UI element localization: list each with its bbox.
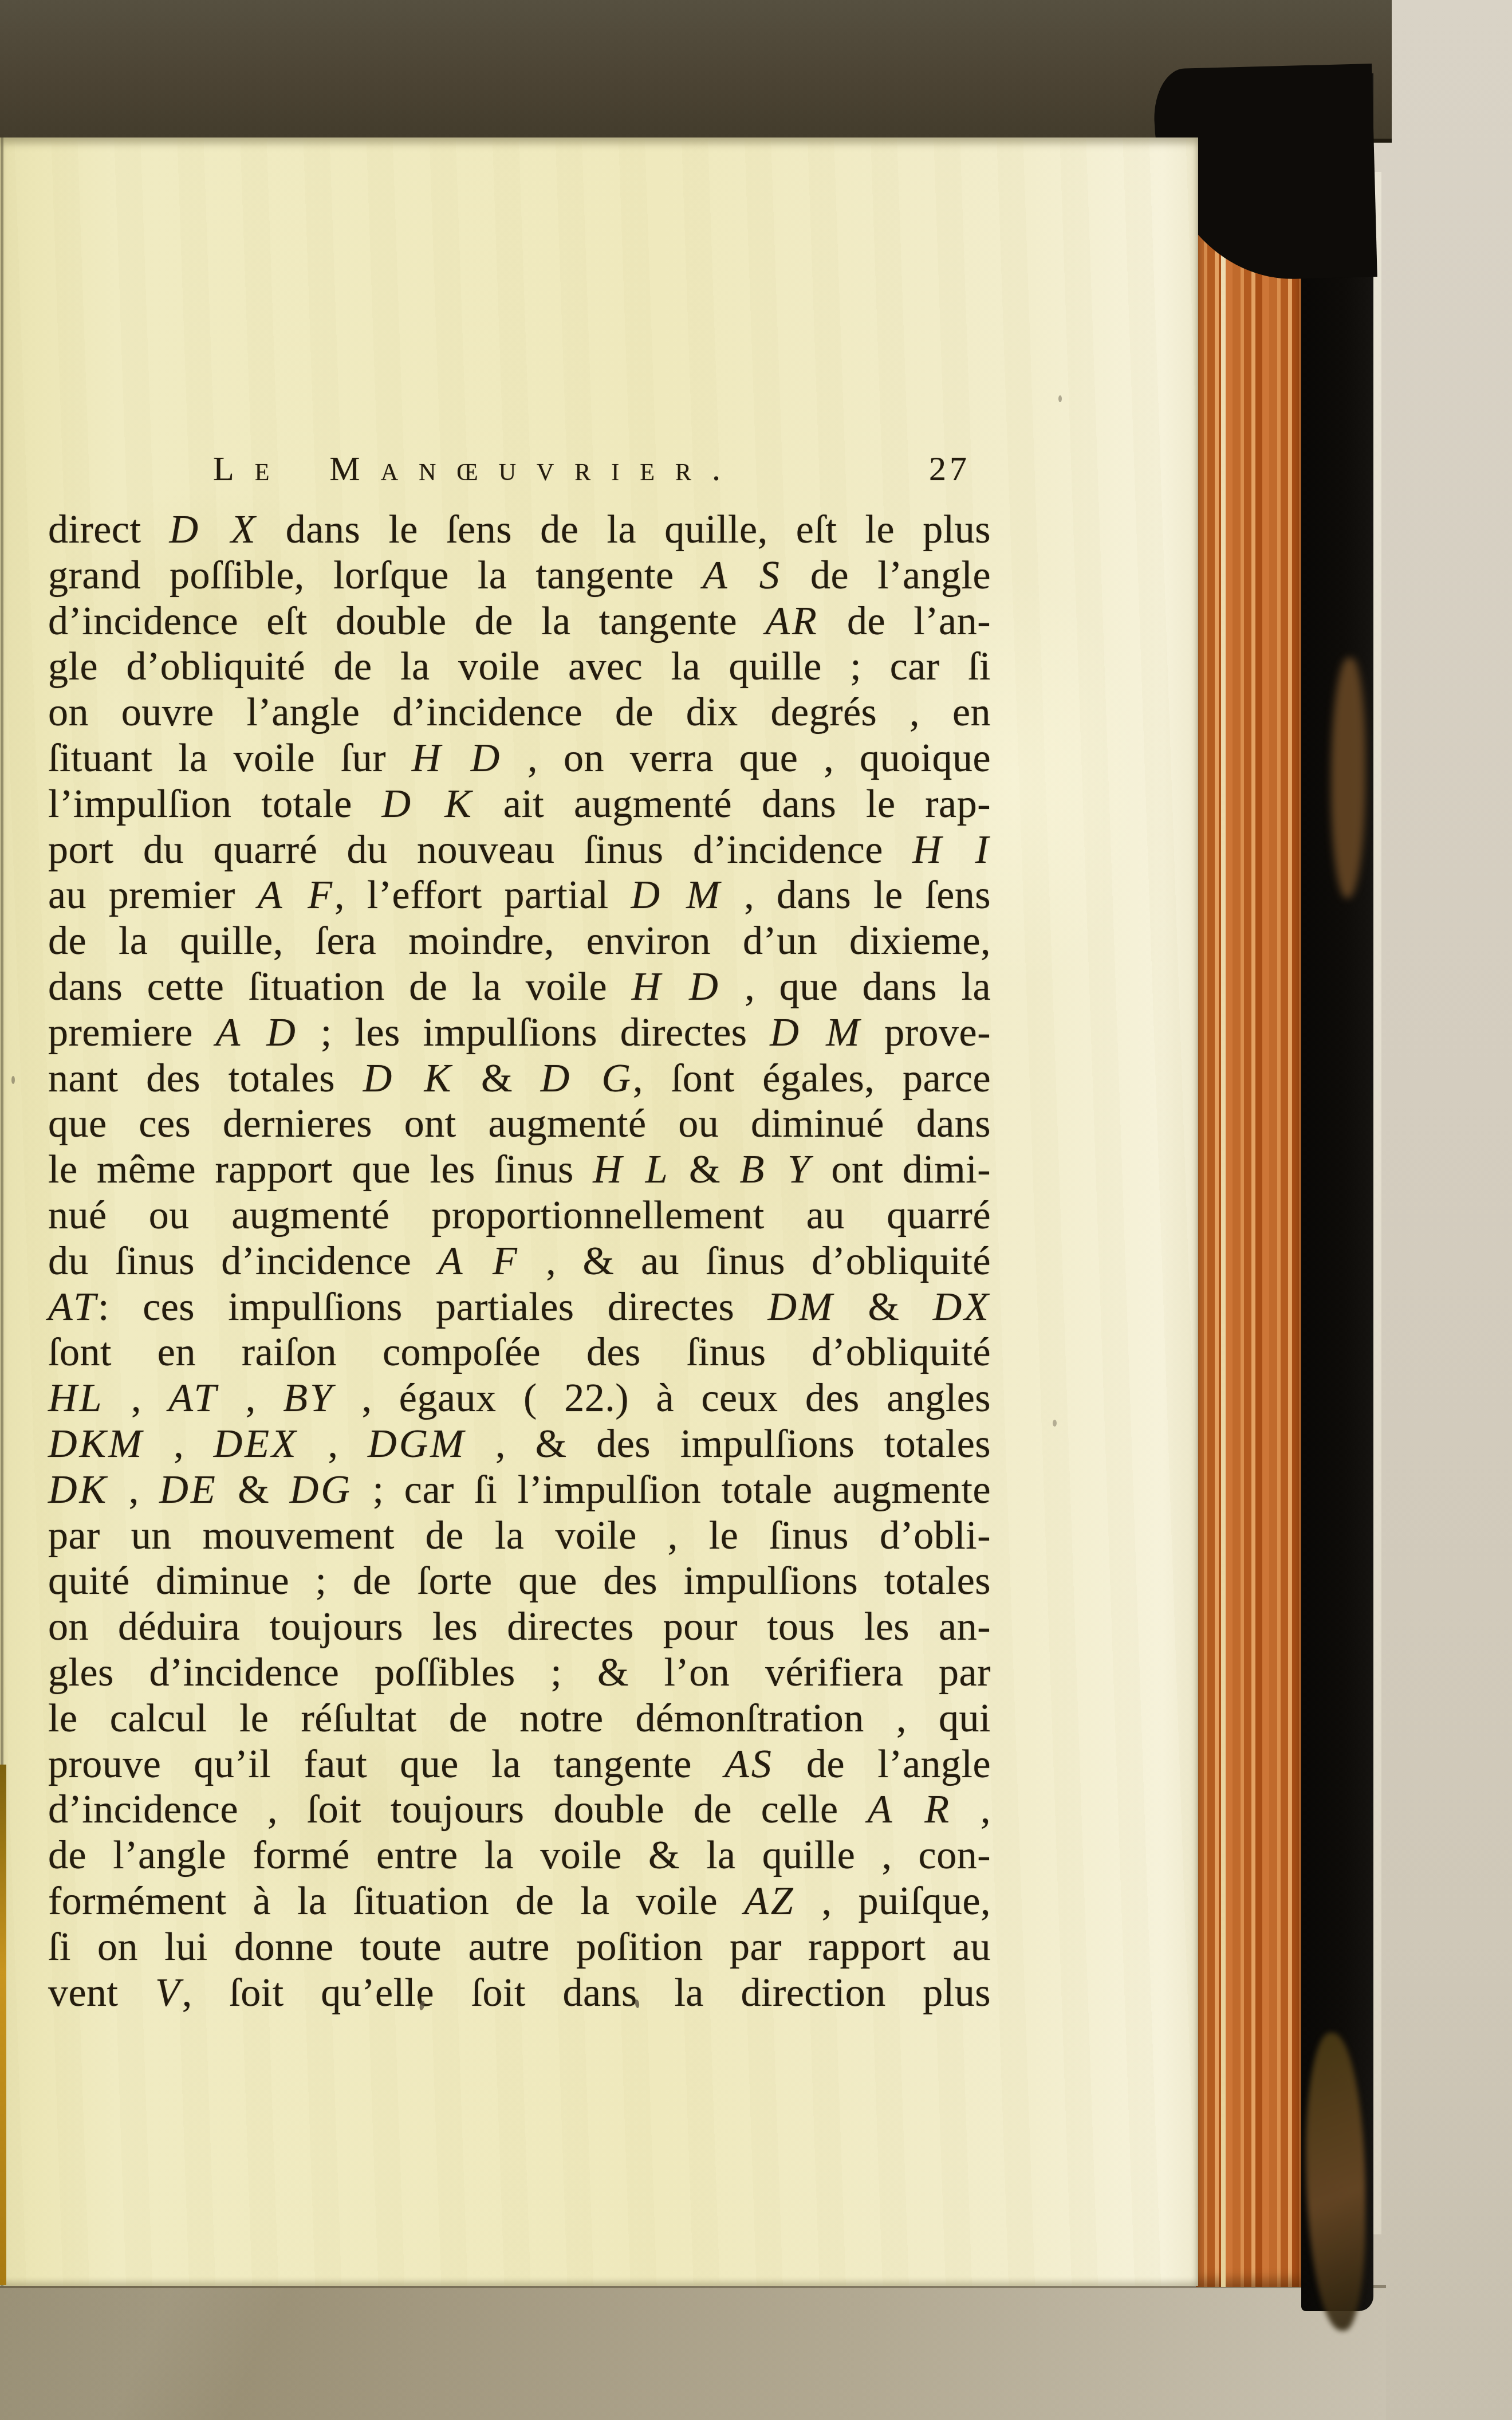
text-segment: dans cette ſituation de la voile	[48, 965, 632, 1009]
text-line: de la quille, ſera moindre, environ d’un…	[48, 918, 991, 964]
text-line: que ces dernieres ont augmenté ou diminu…	[48, 1101, 991, 1147]
text-segment: ait augmenté dans le rap-	[474, 782, 991, 826]
text-line: l’impulſion totale D K ait augmenté dans…	[48, 781, 991, 827]
text-segment: ſi on lui donne toute autre poſition par…	[48, 1925, 991, 1969]
geometry-reference: DX	[933, 1285, 991, 1329]
text-segment: grand poſſible, lorſque la tangente	[48, 553, 703, 598]
text-line: le calcul le réſultat de notre démonſtra…	[48, 1696, 991, 1742]
geometry-reference: D G	[541, 1056, 633, 1101]
geometry-reference: DG	[290, 1468, 352, 1512]
text-segment: ont dimi-	[812, 1148, 991, 1192]
text-line: du ſinus d’incidence A F , & au ſinus d’…	[48, 1239, 991, 1284]
text-line: nant des totales D K & D G, ſont égales,…	[48, 1056, 991, 1102]
text-segment: , que dans la	[720, 965, 991, 1009]
text-segment: , puiſque,	[796, 1879, 991, 1923]
geometry-reference: AT	[168, 1376, 218, 1420]
geometry-reference: HL	[48, 1376, 104, 1420]
text-segment: , ſont égales, parce	[633, 1056, 991, 1101]
page-number: 27	[929, 445, 970, 493]
text-segment: au premier	[48, 873, 258, 917]
text-line: premiere A D ; les impulſions directes D…	[48, 1010, 991, 1056]
text-segment: ; les impulſions directes	[298, 1011, 770, 1055]
geometry-reference: D K	[382, 782, 474, 826]
text-segment: ,	[298, 1422, 368, 1466]
leather-wear-patch	[1331, 658, 1365, 898]
text-line: ſituant la voile ſur H D , on verra que …	[48, 736, 991, 781]
text-segment: &	[834, 1285, 932, 1329]
text-line: on ouvre l’angle d’incidence de dix degr…	[48, 690, 991, 736]
text-segment: ,	[108, 1468, 159, 1512]
text-segment: &	[670, 1148, 740, 1192]
text-line: grand poſſible, lorſque la tangente A S …	[48, 553, 991, 599]
text-line: port du quarré du nouveau ſinus d’incide…	[48, 827, 991, 873]
text-segment: le même rapport que les ſinus	[48, 1148, 593, 1192]
geometry-reference: DKM	[48, 1422, 144, 1466]
text-segment: prove-	[861, 1011, 991, 1055]
text-segment: dans le ſens de la quille, eſt le plus	[258, 508, 991, 552]
text-line: vent V, ſoit qu’elle ſoit dans la direct…	[48, 1970, 991, 2016]
text-segment: ,	[951, 1787, 991, 1832]
text-segment: &	[453, 1056, 540, 1101]
text-segment: , l’effort partial	[334, 873, 631, 917]
text-segment: : ces impulſions partiales directes	[98, 1285, 767, 1329]
text-line: ſi on lui donne toute autre poſition par…	[48, 1924, 991, 1970]
text-segment: , ſoit qu’elle ſoit dans la direction pl…	[182, 1971, 991, 2015]
geometry-reference: A S	[703, 553, 782, 598]
text-line: prouve qu’il faut que la tangente AS de …	[48, 1742, 991, 1787]
text-segment: ,	[218, 1376, 283, 1420]
text-segment: de la quille, ſera moindre, environ d’un…	[48, 919, 991, 963]
leather-wear-patch	[1306, 2033, 1365, 2331]
text-segment: de l’angle formé entre la voile & la qui…	[48, 1833, 991, 1877]
text-segment: quité diminue ; de ſorte que des impulſi…	[48, 1559, 991, 1603]
geometry-reference: D M	[631, 873, 722, 917]
gilt-edge	[0, 1765, 6, 2285]
text-segment: gle d’obliquité de la voile avec la quil…	[48, 645, 991, 689]
text-segment: , dans le ſens	[722, 873, 991, 917]
running-header-title: Le Manœuvrier.	[213, 445, 741, 493]
geometry-reference: H D	[412, 736, 502, 780]
fore-edge-highlight	[1221, 140, 1226, 2287]
text-line: gle d’obliquité de la voile avec la quil…	[48, 644, 991, 690]
text-segment: que ces dernieres ont augmenté ou diminu…	[48, 1102, 991, 1146]
text-segment: , égaux ( 22.) à ceux des angles	[334, 1376, 991, 1420]
text-segment: d’incidence eſt double de la tangente	[48, 599, 765, 643]
geometry-reference: V	[155, 1971, 182, 2015]
text-line: DKM , DEX , DGM , & des impulſions total…	[48, 1421, 991, 1467]
text-line: nué ou augmenté proportionnellement au q…	[48, 1193, 991, 1239]
geometry-reference: A R	[867, 1787, 951, 1832]
text-segment: ; car ſi l’impulſion totale augmente	[352, 1468, 991, 1512]
text-line: ſont en raiſon compoſée des ſinus d’obli…	[48, 1330, 991, 1376]
geometry-reference: A D	[216, 1011, 298, 1055]
text-segment: l’impulſion totale	[48, 782, 382, 826]
geometry-reference: DE	[159, 1468, 217, 1512]
geometry-reference: AS	[724, 1742, 774, 1786]
text-line: HL , AT , BY , égaux ( 22.) à ceux des a…	[48, 1376, 991, 1421]
text-segment: , on verra que , quoique	[502, 736, 991, 780]
geometry-reference: H D	[632, 965, 720, 1009]
text-segment: vent	[48, 1971, 155, 2015]
text-line: DK , DE & DG ; car ſi l’impulſion totale…	[48, 1467, 991, 1513]
text-line: par un mouvement de la voile , le ſinus …	[48, 1513, 991, 1559]
text-segment: ,	[104, 1376, 168, 1420]
ink-speck	[11, 1076, 15, 1084]
text-segment: d’incidence , ſoit toujours double de ce…	[48, 1787, 867, 1832]
geometry-reference: A F	[438, 1239, 519, 1283]
text-segment: prouve qu’il faut que la tangente	[48, 1742, 724, 1786]
text-line: le même rapport que les ſinus H L & B Y …	[48, 1147, 991, 1193]
text-segment: de l’angle	[782, 553, 991, 598]
text-segment: , & au ſinus d’obliquité	[519, 1239, 991, 1283]
geometry-reference: DGM	[368, 1422, 466, 1466]
text-segment: &	[218, 1468, 290, 1512]
geometry-reference: AR	[765, 599, 819, 643]
text-line: dans cette ſituation de la voile H D , q…	[48, 964, 991, 1010]
text-line: gles d’incidence poſſibles ; & l’on véri…	[48, 1650, 991, 1696]
ink-speck	[1058, 395, 1062, 402]
geometry-reference: D M	[770, 1011, 861, 1055]
text-segment: on ouvre l’angle d’incidence de dix degr…	[48, 690, 991, 734]
ink-speck	[1053, 1420, 1057, 1427]
geometry-reference: H I	[912, 828, 991, 872]
text-segment: ſont en raiſon compoſée des ſinus d’obli…	[48, 1330, 991, 1374]
text-line: d’incidence eſt double de la tangente AR…	[48, 599, 991, 645]
text-segment: direct	[48, 508, 170, 552]
body-text: direct D X dans le ſens de la quille, eſ…	[48, 507, 991, 2016]
book-cover-edge	[1301, 73, 1373, 2311]
text-segment: le calcul le réſultat de notre démonſtra…	[48, 1696, 991, 1741]
book-page: Le Manœuvrier. 27 direct D X dans le ſen…	[0, 137, 1198, 2286]
text-line: au premier A F, l’effort partial D M , d…	[48, 873, 991, 918]
geometry-reference: H L	[593, 1148, 670, 1192]
text-segment: par un mouvement de la voile , le ſinus …	[48, 1514, 991, 1558]
background-bottom	[0, 2285, 1386, 2420]
text-segment: de l’an-	[819, 599, 991, 643]
text-line: quité diminue ; de ſorte que des impulſi…	[48, 1558, 991, 1604]
geometry-reference: B Y	[739, 1148, 812, 1192]
text-line: AT: ces impulſions partiales directes DM…	[48, 1284, 991, 1330]
geometry-reference: DEX	[214, 1422, 298, 1466]
text-segment: du ſinus d’incidence	[48, 1239, 438, 1283]
text-segment: port du quarré du nouveau ſinus d’incide…	[48, 828, 912, 872]
text-segment: on déduira toujours les directes pour to…	[48, 1605, 991, 1649]
geometry-reference: AZ	[744, 1879, 796, 1923]
running-header: Le Manœuvrier. 27	[48, 445, 991, 500]
text-segment: nué ou augmenté proportionnellement au q…	[48, 1193, 991, 1237]
geometry-reference: D X	[170, 508, 258, 552]
text-segment: ,	[144, 1422, 214, 1466]
text-line: d’incidence , ſoit toujours double de ce…	[48, 1787, 991, 1833]
geometry-reference: DM	[768, 1285, 835, 1329]
text-segment: , & des impulſions totales	[466, 1422, 991, 1466]
geometry-reference: A F	[258, 873, 334, 917]
geometry-reference: DK	[48, 1468, 108, 1512]
text-segment: ſituant la voile ſur	[48, 736, 412, 780]
text-segment: gles d’incidence poſſibles ; & l’on véri…	[48, 1651, 991, 1695]
text-segment: nant des totales	[48, 1056, 363, 1101]
text-line: formément à la ſituation de la voile AZ …	[48, 1879, 991, 1924]
text-segment: formément à la ſituation de la voile	[48, 1879, 744, 1923]
geometry-reference: BY	[283, 1376, 334, 1420]
text-line: de l’angle formé entre la voile & la qui…	[48, 1833, 991, 1879]
text-segment: de l’angle	[774, 1742, 991, 1786]
book-fore-edge	[1196, 140, 1302, 2287]
geometry-reference: D K	[363, 1056, 453, 1101]
background-right	[1372, 0, 1512, 2420]
text-line: direct D X dans le ſens de la quille, eſ…	[48, 507, 991, 553]
book-photo: Le Manœuvrier. 27 direct D X dans le ſen…	[0, 0, 1512, 2420]
text-segment: premiere	[48, 1011, 216, 1055]
geometry-reference: AT	[48, 1285, 98, 1329]
text-line: on déduira toujours les directes pour to…	[48, 1604, 991, 1650]
